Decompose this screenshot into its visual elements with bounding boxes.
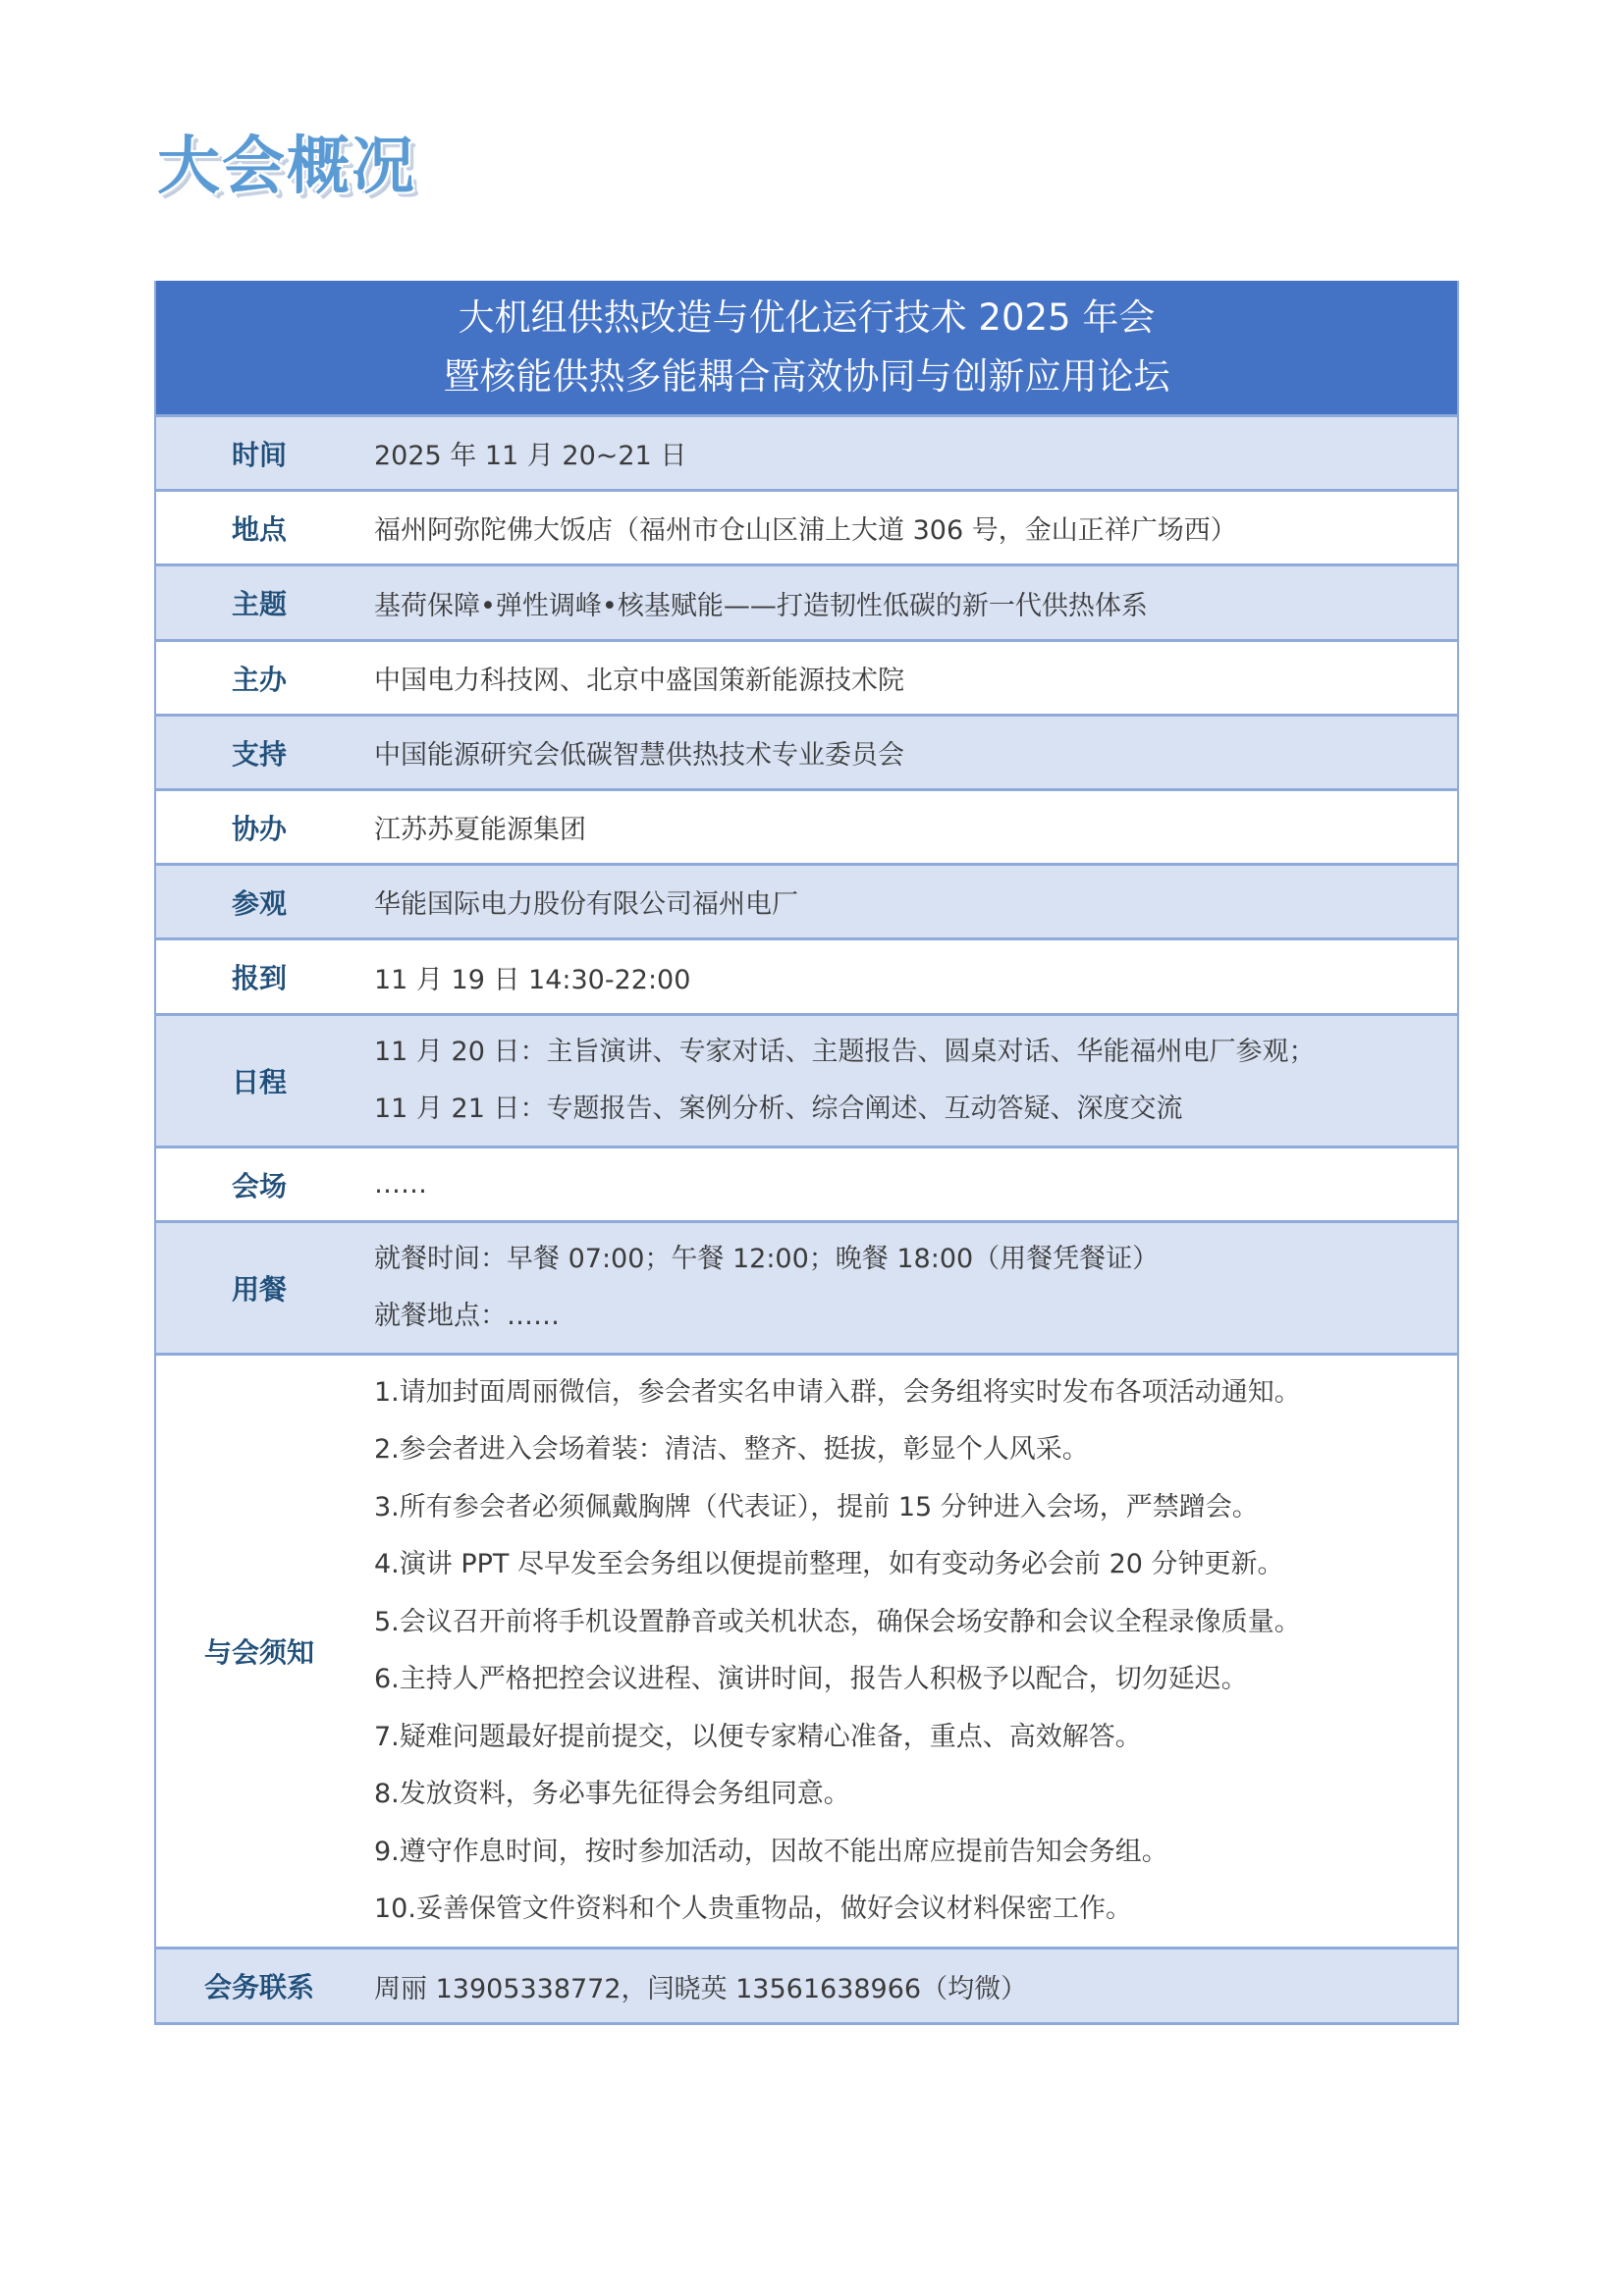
row-label: 支持 (156, 733, 362, 773)
row-co-organizer: 协办 江苏苏夏能源集团 (156, 788, 1457, 863)
row-theme: 主题 基荷保障•弹性调峰•核基赋能——打造韧性低碳的新一代供热体系 (156, 563, 1457, 639)
row-value: 福州阿弥陀佛大饭店（福州市仓山区浦上大道 306 号，金山正祥广场西） (362, 508, 1457, 547)
row-value: 11 月 19 日 14:30-22:00 (362, 958, 1457, 996)
row-label: 会务联系 (156, 1966, 362, 2005)
note-item: 5.会议召开前将手机设置静音或关机状态，确保会场安静和会议全程录像质量。 (374, 1594, 1457, 1652)
row-label: 报到 (156, 957, 362, 996)
row-label: 时间 (156, 434, 362, 473)
note-item: 8.发放资料，务必事先征得会务组同意。 (374, 1766, 1457, 1824)
conference-title-line1: 大机组供热改造与优化运行技术 2025 年会 (459, 289, 1156, 347)
note-item: 9.遵守作息时间，按时参加活动，因故不能出席应提前告知会务组。 (374, 1824, 1457, 1882)
row-value: 周丽 13905338772，闫晓英 13561638966（均微） (362, 1967, 1457, 2005)
row-label: 协办 (156, 808, 362, 847)
page-title: 大会概况 (157, 135, 416, 198)
meal-times: 就餐时间：早餐 07:00；午餐 12:00；晚餐 18:00（用餐凭餐证） (374, 1231, 1457, 1288)
conference-title-line2: 暨核能供热多能耦合高效协同与创新应用论坛 (444, 347, 1170, 406)
row-value: 2025 年 11 月 20~21 日 (362, 434, 1457, 472)
row-host: 主办 中国电力科技网、北京中盛国策新能源技术院 (156, 639, 1457, 714)
note-item: 1.请加封面周丽微信，参会者实名申请入群，会务组将实时发布各项活动通知。 (374, 1364, 1457, 1422)
conference-info-table: 大机组供热改造与优化运行技术 2025 年会 暨核能供热多能耦合高效协同与创新应… (154, 281, 1459, 2025)
row-value: 基荷保障•弹性调峰•核基赋能——打造韧性低碳的新一代供热体系 (362, 584, 1457, 622)
row-value: 华能国际电力股份有限公司福州电厂 (362, 882, 1457, 921)
note-item: 3.所有参会者必须佩戴胸牌（代表证），提前 15 分钟进入会场，严禁蹭会。 (374, 1479, 1457, 1537)
row-label: 地点 (156, 508, 362, 548)
row-registration: 报到 11 月 19 日 14:30-22:00 (156, 937, 1457, 1013)
row-value: 中国能源研究会低碳智慧供热技术专业委员会 (362, 733, 1457, 772)
row-label: 日程 (156, 1061, 362, 1100)
row-label: 主办 (156, 659, 362, 698)
schedule-day2: 11 月 21 日：专题报告、案例分析、综合阐述、互动答疑、深度交流 (374, 1081, 1457, 1138)
row-meals: 用餐 就餐时间：早餐 07:00；午餐 12:00；晚餐 18:00（用餐凭餐证… (156, 1220, 1457, 1353)
row-label: 与会须知 (156, 1631, 362, 1671)
row-value: 就餐时间：早餐 07:00；午餐 12:00；晚餐 18:00（用餐凭餐证） 就… (362, 1231, 1457, 1345)
row-label: 会场 (156, 1165, 362, 1204)
row-schedule: 日程 11 月 20 日：主旨演讲、专家对话、主题报告、圆桌对话、华能福州电厂参… (156, 1013, 1457, 1146)
row-contact: 会务联系 周丽 13905338772，闫晓英 13561638966（均微） (156, 1947, 1457, 2022)
row-notes: 与会须知 1.请加封面周丽微信，参会者实名申请入群，会务组将实时发布各项活动通知… (156, 1353, 1457, 1947)
row-label: 参观 (156, 882, 362, 922)
row-venue: 会场 …… (156, 1146, 1457, 1220)
row-visit: 参观 华能国际电力股份有限公司福州电厂 (156, 863, 1457, 937)
row-time: 时间 2025 年 11 月 20~21 日 (156, 414, 1457, 489)
note-item: 7.疑难问题最好提前提交，以便专家精心准备，重点、高效解答。 (374, 1709, 1457, 1767)
row-value: 11 月 20 日：主旨演讲、专家对话、主题报告、圆桌对话、华能福州电厂参观； … (362, 1024, 1457, 1138)
note-item: 4.演讲 PPT 尽早发至会务组以便提前整理，如有变动务必会前 20 分钟更新。 (374, 1536, 1457, 1594)
table-header: 大机组供热改造与优化运行技术 2025 年会 暨核能供热多能耦合高效协同与创新应… (156, 281, 1457, 414)
notes-list: 1.请加封面周丽微信，参会者实名申请入群，会务组将实时发布各项活动通知。 2.参… (362, 1364, 1457, 1939)
row-label: 用餐 (156, 1268, 362, 1308)
row-label: 主题 (156, 583, 362, 622)
row-value: 中国电力科技网、北京中盛国策新能源技术院 (362, 659, 1457, 697)
schedule-day1: 11 月 20 日：主旨演讲、专家对话、主题报告、圆桌对话、华能福州电厂参观； (374, 1024, 1457, 1081)
row-location: 地点 福州阿弥陀佛大饭店（福州市仓山区浦上大道 306 号，金山正祥广场西） (156, 489, 1457, 563)
row-value: 江苏苏夏能源集团 (362, 808, 1457, 846)
note-item: 2.参会者进入会场着装：清洁、整齐、挺拔，彰显个人风采。 (374, 1421, 1457, 1479)
row-value: …… (362, 1169, 1457, 1200)
meal-location: 就餐地点：…… (374, 1288, 1457, 1345)
note-item: 10.妥善保管文件资料和个人贵重物品，做好会议材料保密工作。 (374, 1881, 1457, 1939)
note-item: 6.主持人严格把控会议进程、演讲时间，报告人积极予以配合，切勿延迟。 (374, 1651, 1457, 1709)
row-support: 支持 中国能源研究会低碳智慧供热技术专业委员会 (156, 714, 1457, 788)
